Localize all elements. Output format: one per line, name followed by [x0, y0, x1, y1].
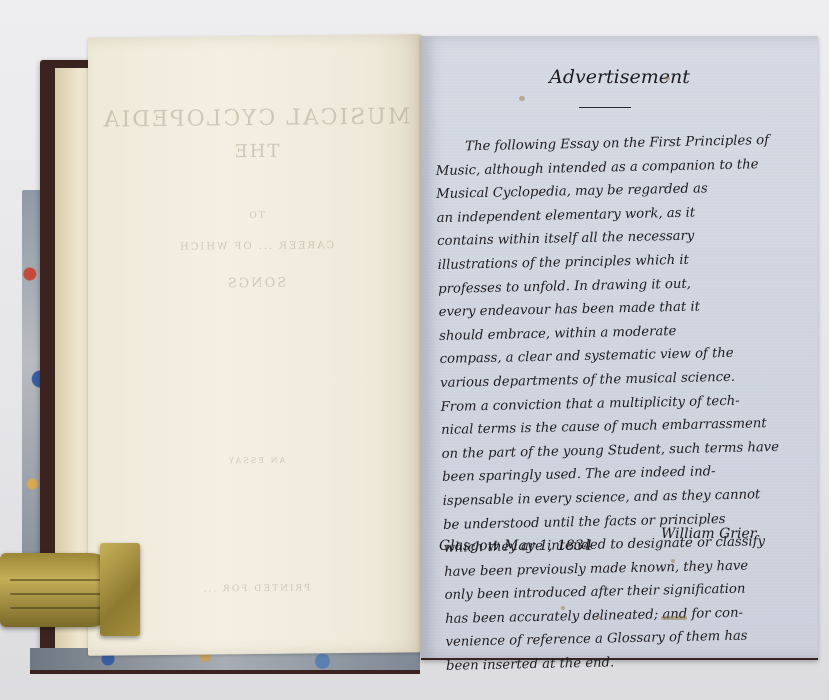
finger-groove	[10, 593, 110, 595]
showthrough-title: MUSICAL CYCLOPEDIA	[88, 104, 424, 133]
foxing-stain	[665, 76, 670, 81]
brass-hand-page-holder	[0, 543, 140, 636]
foxing-stain	[596, 616, 601, 619]
brass-cuff-plate	[100, 543, 140, 636]
showthrough-line: AN ESSAY	[88, 454, 424, 467]
foxing-stain	[671, 559, 675, 563]
foxing-stain	[661, 616, 687, 620]
handwritten-body: The following Essay on the First Princip…	[435, 128, 816, 678]
author-signature: William Grier	[661, 526, 756, 542]
finger-groove	[10, 579, 110, 581]
showthrough-line: THE	[88, 139, 424, 164]
foxing-stain	[561, 606, 565, 610]
finger-groove	[10, 607, 110, 609]
place-and-date: Glasgow May 1, 1834	[439, 538, 593, 554]
foxing-stain	[519, 96, 525, 101]
right-page-handwritten: Advertisement The following Essay on the…	[421, 36, 818, 660]
showthrough-line: TO	[88, 209, 424, 223]
showthrough-line: CAREER ... OF WHICH	[88, 239, 424, 254]
showthrough-line: SONGS	[88, 274, 424, 293]
heading-rule	[579, 107, 631, 108]
page-heading: Advertisement	[421, 66, 818, 88]
